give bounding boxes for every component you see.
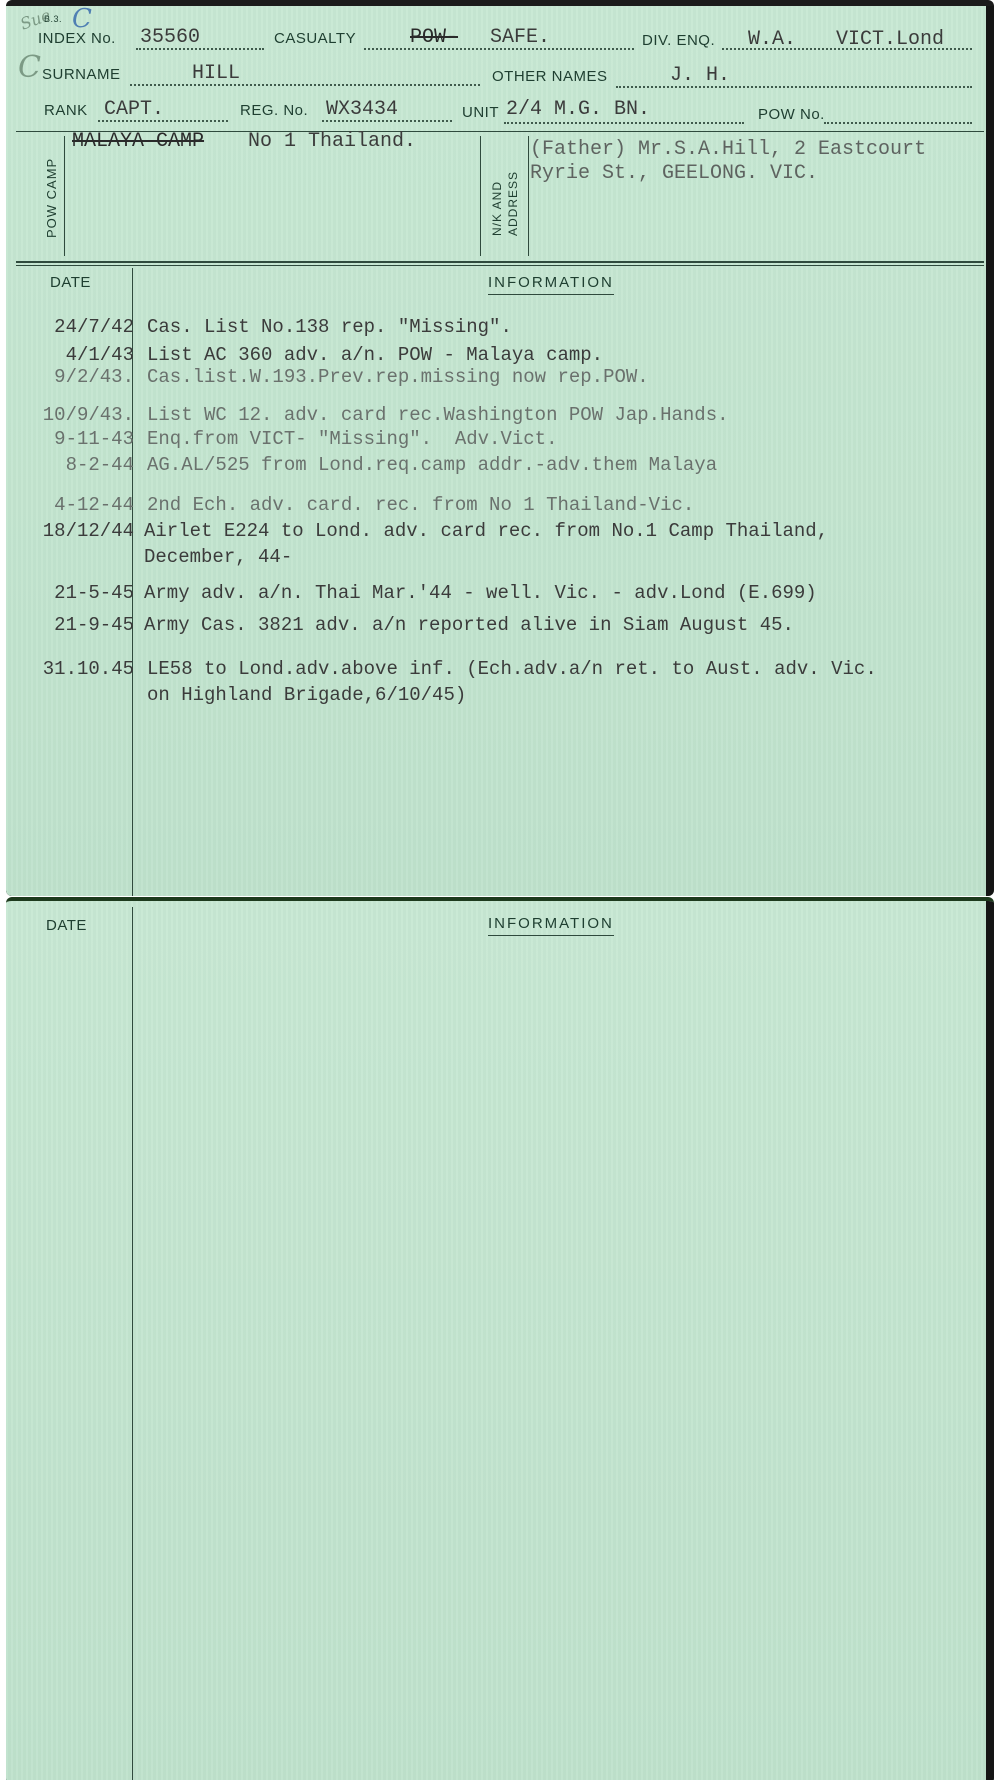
- surname-value: HILL: [192, 62, 240, 85]
- nk-address-line-2: Ryrie St., GEELONG. VIC.: [530, 162, 818, 185]
- div-enq-value-vict: VICT.Lond: [836, 28, 944, 51]
- rank-label: RANK: [44, 102, 88, 119]
- nk-divider-left: [480, 136, 481, 256]
- entry-date: 9/2/43.: [16, 366, 134, 388]
- reg-no-label: REG. No.: [240, 102, 308, 119]
- entry-information: Airlet E224 to Lond. adv. card rec. from…: [144, 520, 828, 542]
- entry-date: 10/9/43.: [16, 404, 134, 426]
- casualty-label: CASUALTY: [274, 30, 356, 47]
- entry-information: AG.AL/525 from Lond.req.camp addr.-adv.t…: [147, 454, 717, 476]
- other-names-value: J. H.: [670, 64, 730, 87]
- nk-divider-right: [528, 136, 529, 256]
- card-paper: [6, 901, 994, 1780]
- nk-address-line-1: (Father) Mr.S.A.Hill, 2 Eastcourt: [530, 138, 926, 161]
- other-names-label: OTHER NAMES: [492, 68, 608, 85]
- casualty-value: SAFE.: [490, 26, 550, 49]
- casualty-struck-value: POW-: [410, 26, 458, 49]
- entry-information: December, 44-: [144, 546, 292, 568]
- entry-information: Cas. List No.138 rep. "Missing".: [147, 316, 512, 338]
- double-rule-bottom: [16, 265, 984, 266]
- index-label: INDEX No.: [38, 30, 116, 47]
- rank-value: CAPT.: [104, 98, 164, 121]
- entry-information: on Highland Brigade,6/10/45): [147, 684, 466, 706]
- information-header: INFORMATION: [488, 915, 614, 936]
- entry-information: 2nd Ech. adv. card. rec. from No 1 Thail…: [147, 494, 694, 516]
- entry-information: Army Cas. 3821 adv. a/n reported alive i…: [144, 614, 794, 636]
- pencil-annotation-c: C: [18, 50, 41, 85]
- form-code: B.3.: [44, 14, 62, 24]
- record-card-back: DATE INFORMATION: [6, 897, 994, 1780]
- entry-date: 4/1/43: [16, 344, 134, 366]
- reg-no-value: WX3434: [326, 98, 398, 121]
- entry-date: 8-2-44: [16, 454, 134, 476]
- pow-camp-label: POW CAMP: [44, 158, 59, 238]
- entry-date: 21-9-45: [16, 614, 134, 636]
- entry-information: Army adv. a/n. Thai Mar.'44 - well. Vic.…: [144, 582, 817, 604]
- unit-label: UNIT: [462, 104, 499, 121]
- index-value: 35560: [140, 26, 200, 49]
- entry-date: 18/12/44: [16, 520, 134, 542]
- double-rule-top: [16, 261, 984, 263]
- date-column-divider: [132, 907, 133, 1780]
- pow-no-field-line: [824, 122, 972, 124]
- unit-field-line: [504, 122, 744, 124]
- address-label: ADDRESS: [506, 171, 520, 236]
- div-enq-value-wa: W.A.: [748, 28, 796, 51]
- pow-camp-value: No 1 Thailand.: [248, 130, 416, 153]
- surname-field-line: [130, 84, 480, 86]
- entry-date: 4-12-44: [16, 494, 134, 516]
- date-header: DATE: [50, 274, 91, 291]
- date-header: DATE: [46, 917, 87, 934]
- unit-value: 2/4 M.G. BN.: [506, 98, 650, 121]
- entry-information: LE58 to Lond.adv.above inf. (Ech.adv.a/n…: [147, 658, 877, 680]
- record-card-front: Sue B.3. C C INDEX No. 35560 CASUALTY PO…: [6, 0, 994, 896]
- entry-date: 24/7/42: [16, 316, 134, 338]
- nk-label: N/K AND: [490, 181, 504, 236]
- entry-date: 21-5-45: [16, 582, 134, 604]
- information-header: INFORMATION: [488, 274, 614, 295]
- entry-date: 9-11-43: [16, 428, 134, 450]
- entry-information: Cas.list.W.193.Prev.rep.missing now rep.…: [147, 366, 649, 388]
- pow-camp-divider: [64, 136, 65, 256]
- entry-date: 31.10.45: [16, 658, 134, 680]
- pow-camp-struck-value: MALAYA CAMP: [72, 130, 204, 153]
- surname-label: SURNAME: [42, 66, 121, 83]
- pow-no-label: POW No.: [758, 106, 825, 123]
- entry-information: List AC 360 adv. a/n. POW - Malaya camp.: [147, 344, 603, 366]
- entry-information: List WC 12. adv. card rec.Washington POW…: [147, 404, 729, 426]
- entry-information: Enq.from VICT- "Missing". Adv.Vict.: [147, 428, 557, 450]
- div-enq-label: DIV. ENQ.: [642, 32, 715, 49]
